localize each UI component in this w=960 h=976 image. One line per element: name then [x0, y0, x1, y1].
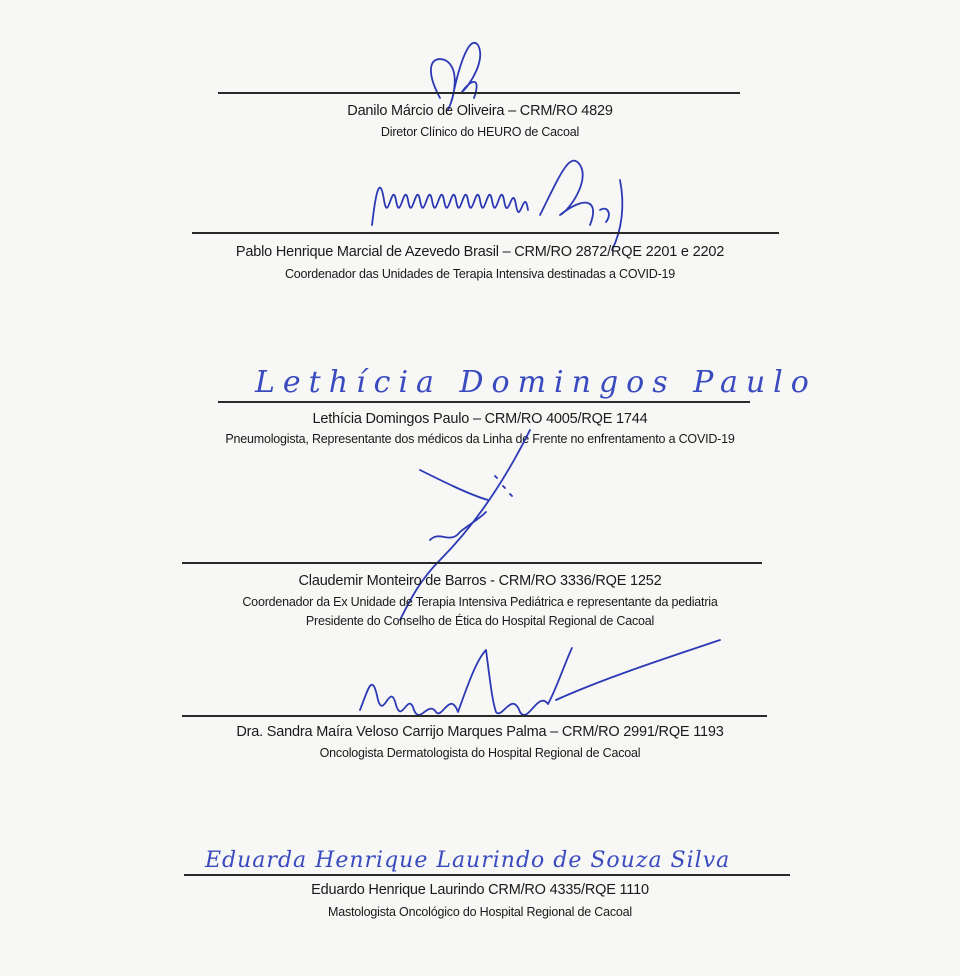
signatory-role: Mastologista Oncológico do Hospital Regi…	[0, 905, 960, 919]
signatory-name: Dra. Sandra Maíra Veloso Carrijo Marques…	[0, 724, 960, 740]
signature-line-6	[184, 874, 790, 876]
signature-scribble-4	[0, 0, 960, 640]
signatory-name: Eduardo Henrique Laurindo CRM/RO 4335/RQ…	[0, 882, 960, 898]
signature-line-5	[182, 715, 767, 717]
handwritten-signature: Eduarda Henrique Laurindo de Souza Silva	[205, 848, 730, 873]
signatory-role: Coordenador das Unidades de Terapia Inte…	[0, 267, 960, 281]
signatory-role: Coordenador da Ex Unidade de Terapia Int…	[0, 595, 960, 609]
signature-line-2	[192, 232, 779, 234]
handwritten-signature: Lethícia Domingos Paulo	[255, 365, 817, 400]
signatory-role: Presidente do Conselho de Ética do Hospi…	[0, 614, 960, 628]
signature-line-1	[218, 92, 740, 94]
signatory-role: Diretor Clínico do HEURO de Cacoal	[0, 125, 960, 139]
signature-line-3	[218, 401, 750, 403]
signature-scribble-1	[0, 0, 960, 140]
signatory-role: Pneumologista, Representante dos médicos…	[0, 432, 960, 446]
signatory-name: Claudemir Monteiro de Barros - CRM/RO 33…	[0, 573, 960, 589]
signatory-name: Lethícia Domingos Paulo – CRM/RO 4005/RQ…	[0, 411, 960, 427]
signatory-role: Oncologista Dermatologista do Hospital R…	[0, 746, 960, 760]
signature-line-4	[182, 562, 762, 564]
signatory-name: Danilo Márcio de Oliveira – CRM/RO 4829	[0, 103, 960, 119]
signatory-name: Pablo Henrique Marcial de Azevedo Brasil…	[0, 244, 960, 260]
